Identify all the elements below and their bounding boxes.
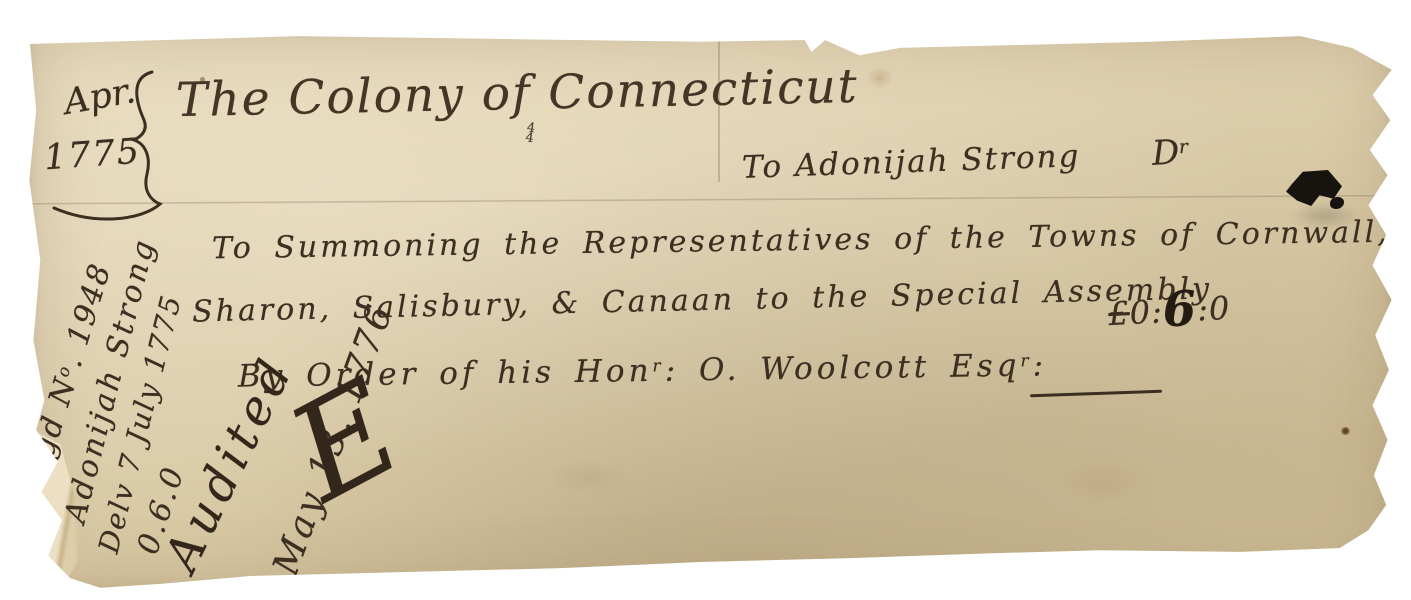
body-line-1: To Summoning the Representatives of the …: [212, 218, 1390, 264]
debtor-abbr-sup: r: [1178, 137, 1188, 158]
manuscript-paper: Apr. 1775 The Colony of Connecticut 4 4 …: [28, 30, 1393, 590]
stain-dot-right: [1341, 427, 1350, 435]
order-sup1: r: [652, 356, 664, 376]
foxing-stain-left: [548, 460, 628, 494]
currency-sign: £: [1107, 294, 1130, 333]
body-line-2: Sharon, Salisbury, & Canaan to the Speci…: [192, 274, 1213, 327]
order-part2: : O. Woolcott Esq: [664, 348, 1020, 389]
ink-mark: 4 4: [525, 123, 540, 145]
debtor-abbr: Dr: [1151, 135, 1189, 171]
order-sup2: r: [1020, 351, 1032, 371]
document-title: The Colony of Connecticut: [176, 63, 860, 124]
order-dash-rule: [1030, 390, 1162, 398]
amount-shillings: 6: [1161, 281, 1198, 339]
order-part3: :: [1032, 347, 1047, 383]
payee-line: To Adonijah Strong: [742, 141, 1081, 184]
debtor-abbr-main: D: [1151, 133, 1180, 174]
stain-top: [866, 66, 894, 90]
ink-mark-bottom: 4: [524, 131, 534, 147]
amount-pence: 0: [1208, 289, 1231, 328]
foxing-stain-right: [1058, 460, 1148, 504]
document-photo: Apr. 1775 The Colony of Connecticut 4 4 …: [0, 0, 1411, 600]
horizontal-fold-crease: [30, 194, 1388, 205]
amount-pounds: 0: [1129, 293, 1152, 332]
brace-flourish: [34, 62, 184, 242]
amount-figure: £0:6:0: [1107, 279, 1231, 333]
